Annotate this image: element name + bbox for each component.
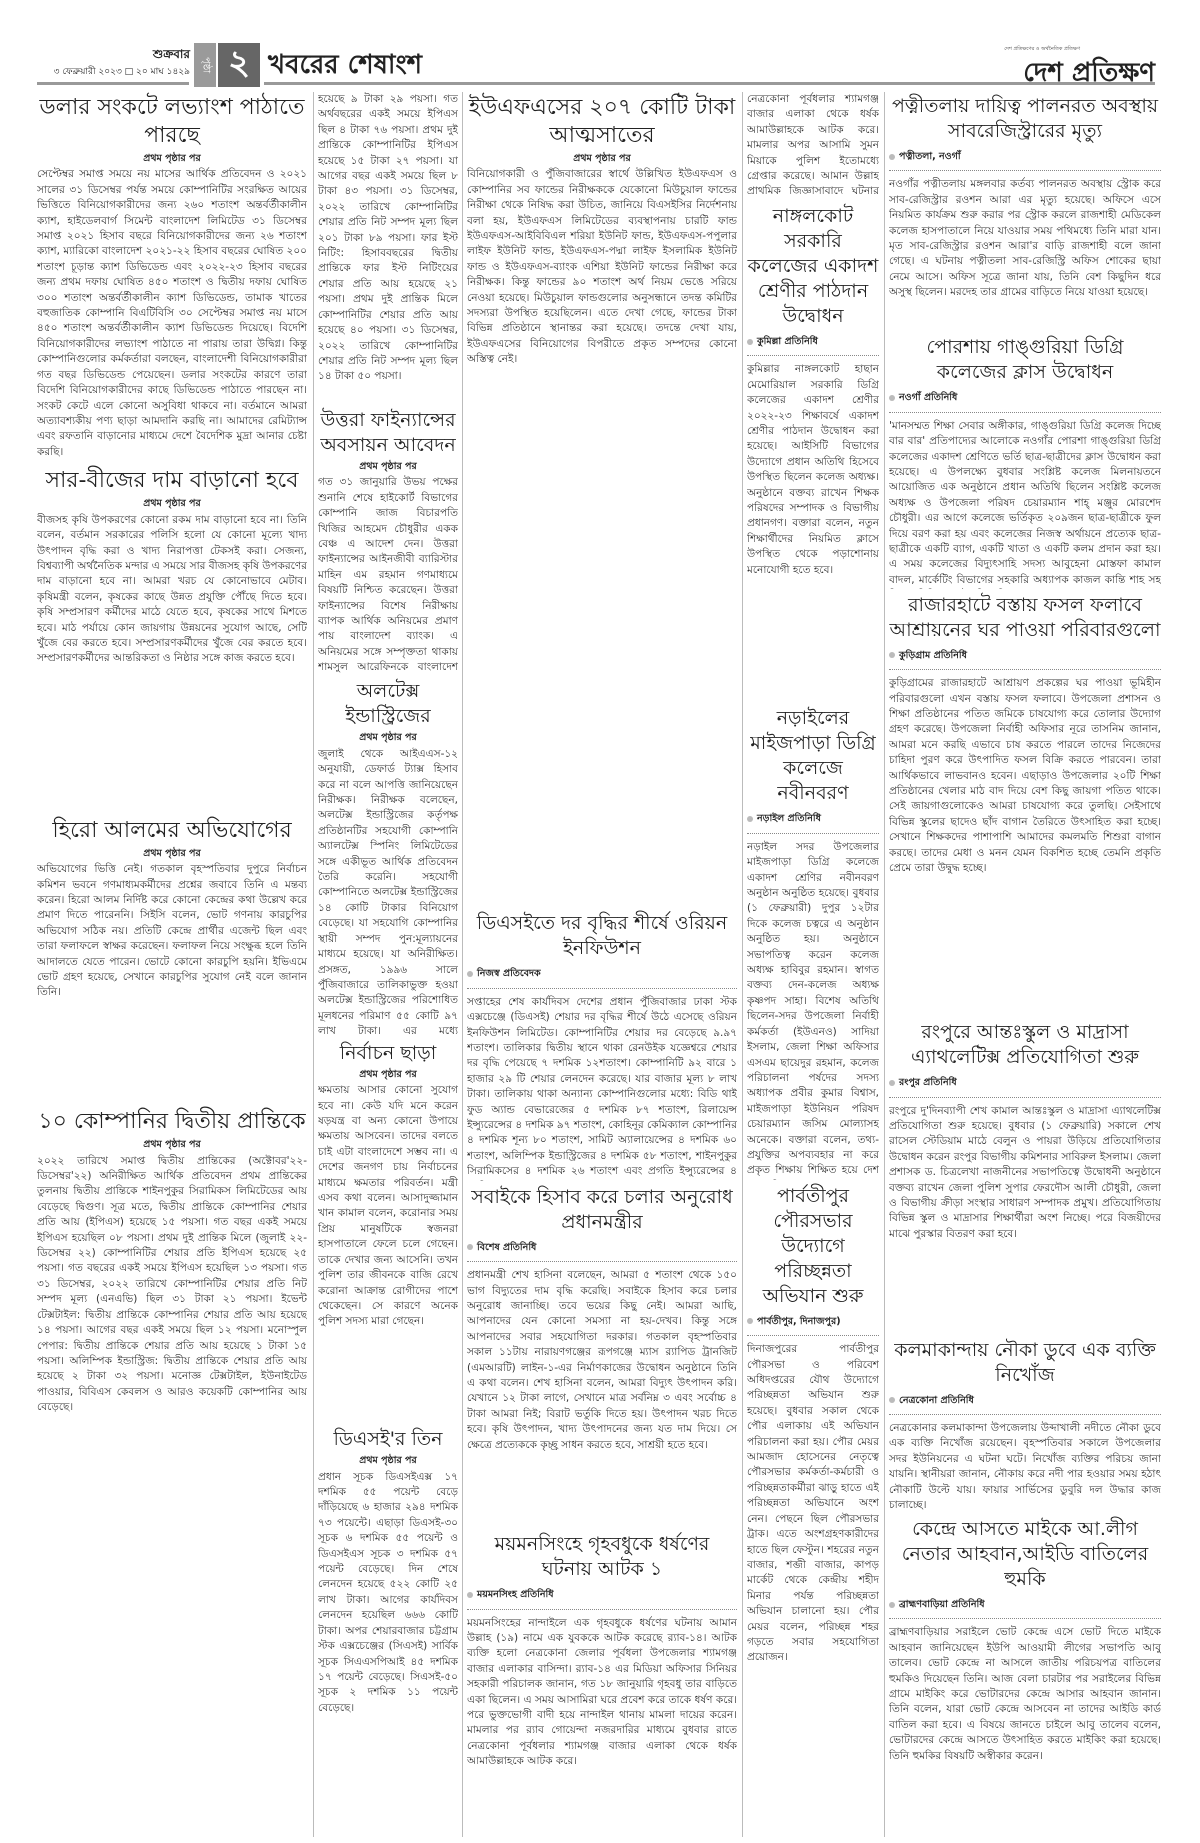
masthead-rule-right — [264, 82, 1155, 85]
byline-text: ব্রাহ্মণবাড়িয়া প্রতিনিধি — [899, 1599, 985, 1610]
article-kalmakanda-boat: কলমাকান্দায় নৌকা ডুবে এক ব্যক্তি নিখোঁজ… — [889, 1338, 1161, 1513]
byline-text: নওগাঁ প্রতিনিধি — [899, 392, 957, 403]
continued-label: প্রথম পৃষ্ঠার পর — [37, 151, 307, 166]
headline: কেন্দ্রে আসতে মাইকে আ.লীগ নেতার আহবান,আই… — [889, 1517, 1161, 1592]
bullet-icon — [889, 395, 895, 401]
continued-label: প্রথম পৃষ্ঠার পর — [318, 1453, 458, 1468]
headline: হিরো আলমের অভিযোগের — [37, 817, 307, 845]
column-divider — [884, 92, 885, 1837]
article-body: রংপুরে দু'দিনব্যাপী শেখ কামাল আন্তঃস্কুল… — [889, 1104, 1161, 1334]
article-mymensingh-arrest: ময়মনসিংহে গৃহবধুকে ধর্ষণের ঘটনায় আটক ১… — [467, 1532, 737, 1769]
page-label: পৃষ্ঠা — [194, 43, 216, 87]
article-nangalkot-college: নাঙ্গলকোট সরকারি কলেজের একাদশ শ্রেণীর পা… — [747, 204, 879, 702]
bullet-icon — [889, 652, 895, 658]
column-divider — [742, 92, 743, 1837]
byline: রংপুর প্রতিনিধি — [889, 1071, 1161, 1097]
byline: পার্বতীপুর, দিনাজপুর) — [747, 1310, 879, 1336]
article-altex-industries: অলটেক্স ইন্ডাস্ট্রিজের প্রথম পৃষ্ঠার পর … — [318, 679, 458, 1036]
bullet-icon — [747, 1318, 753, 1324]
byline-text: নড়াইল প্রতিনিধি — [757, 813, 821, 824]
article-awami-leader-threat: কেন্দ্রে আসতে মাইকে আ.লীগ নেতার আহবান,আই… — [889, 1517, 1161, 1764]
article-continuation: নেত্রকোনা পূর্বধলার শ্যামগঞ্জ বাজার এলাক… — [747, 92, 879, 200]
byline: নড়াইল প্রতিনিধি — [747, 807, 879, 833]
article-body: কুড়িগ্রামের রাজারহাটে আশ্রায়ণ প্রকল্পে… — [889, 676, 1161, 1016]
byline-text: বিশেষ প্রতিনিধি — [477, 1242, 536, 1253]
bullet-icon — [467, 1592, 473, 1598]
article-body: জুলাই থেকে আইএএস-১২ অনুযায়ী, ডেফার্ড ট্… — [318, 747, 458, 1037]
article-rajarhat-farming: রাজারহাটে বস্তায় ফসল ফলাবে আশ্রায়নের ঘ… — [889, 593, 1161, 1016]
article-body: গত ৩১ জানুয়ারি উভয় পক্ষের শুনানি শেষে … — [318, 475, 458, 675]
byline: কুমিল্লা প্রতিনিধি — [747, 330, 879, 356]
article-maizpara-college: নড়াইলের মাইজপাড়া ডিগ্রি কলেজে নবীনবরণ … — [747, 706, 879, 1179]
byline-text: কুমিল্লা প্রতিনিধি — [757, 336, 818, 347]
article-ufs-embezzle: ইউএফএসের ২০৭ কোটি টাকা আত্মসাতের প্রথম প… — [467, 94, 737, 907]
article-body: ২০২২ তারিখে সমাপ্ত দ্বিতীয় প্রান্তিকের … — [37, 1154, 307, 1416]
article-body: বিনিয়োগকারী ও পুঁজিবাজারের স্বার্থে উল্… — [467, 167, 737, 907]
byline-text: নেত্রকোনা প্রতিনিধি — [899, 1395, 974, 1406]
headline: ময়মনসিংহে গৃহবধুকে ধর্ষণের ঘটনায় আটক ১ — [467, 1532, 737, 1582]
column-3: ইউএফএসের ২০৭ কোটি টাকা আত্মসাতের প্রথম প… — [467, 90, 737, 1835]
continued-label: প্রথম পৃষ্ঠার পর — [37, 496, 307, 511]
article-dollar-crisis: ডলার সংকটে লভ্যাংশ পাঠাতে পারছে প্রথম পৃ… — [37, 94, 307, 463]
article-body: দিনাজপুরের পার্বতীপুর পৌরসভা ও পরিবেশ অধ… — [747, 1342, 879, 1666]
article-body: নেত্রকোনার কলমাকান্দা উপজেলায় উব্দাখালী… — [889, 1421, 1161, 1513]
headline: ১০ কোম্পানির দ্বিতীয় প্রান্তিকে — [37, 1108, 307, 1136]
headline: সবাইকে হিসাব করে চলার অনুরোধ প্রধানমন্ত্… — [467, 1185, 737, 1235]
byline-text: কুড়িগ্রাম প্রতিনিধি — [899, 650, 967, 661]
article-body: সেপ্টেম্বর সমাপ্ত সময়ে নয় মাসের আর্থিক… — [37, 167, 307, 463]
article-dse-three: ডিএসই'র তিন প্রথম পৃষ্ঠার পর প্রধান সূচক… — [318, 1427, 458, 1716]
headline: পোরশায় গাঙ্গুরিয়া ডিগ্রি কলেজের ক্লাস … — [889, 335, 1161, 385]
continued-label: প্রথম পৃষ্ঠার পর — [318, 730, 458, 745]
article-fertilizer-seed: সার-বীজের দাম বাড়ানো হবে প্রথম পৃষ্ঠার … — [37, 467, 307, 812]
headline: নাঙ্গলকোট সরকারি কলেজের একাদশ শ্রেণীর পা… — [747, 204, 879, 329]
headline: কলমাকান্দায় নৌকা ডুবে এক ব্যক্তি নিখোঁজ — [889, 1338, 1161, 1388]
article-pm-request: সবাইকে হিসাব করে চলার অনুরোধ প্রধানমন্ত্… — [467, 1185, 737, 1528]
byline: পত্নীতলা, নওগাঁ — [889, 145, 1161, 171]
byline: ব্রাহ্মণবাড়িয়া প্রতিনিধি — [889, 1593, 1161, 1619]
article-uttara-finance: উত্তরা ফাইন্যান্সের অবসায়ন আবেদন প্রথম … — [318, 408, 458, 675]
article-patnitala-death: পত্নীতলায় দায়িত্ব পালনরত অবস্থায় সাবর… — [889, 94, 1161, 331]
byline-text: পার্বতীপুর, দিনাজপুর) — [757, 1316, 841, 1327]
continued-label: প্রথম পৃষ্ঠার পর — [318, 1067, 458, 1082]
byline: বিশেষ প্রতিনিধি — [467, 1236, 737, 1262]
headline: সার-বীজের দাম বাড়ানো হবে — [37, 467, 307, 495]
column-divider — [313, 92, 314, 1837]
byline: নেত্রকোনা প্রতিনিধি — [889, 1389, 1161, 1415]
article-parbatipur-cleanliness: পার্বতীপুর পৌরসভার উদ্যোগে পরিচ্ছন্নতা অ… — [747, 1184, 879, 1666]
article-body: অভিযোগের ভিত্তি নেই। গতকাল বৃহস্পতিবার দ… — [37, 862, 307, 1104]
byline: কুড়িগ্রাম প্রতিনিধি — [889, 644, 1161, 670]
column-1: ডলার সংকটে লভ্যাংশ পাঠাতে পারছে প্রথম পৃ… — [37, 90, 307, 1835]
headline: উত্তরা ফাইন্যান্সের অবসায়ন আবেদন — [318, 408, 458, 458]
bullet-icon — [467, 1244, 473, 1250]
headline: অলটেক্স ইন্ডাস্ট্রিজের — [318, 679, 458, 729]
article-body: প্রধান সূচক ডিএসইএক্স ১৭ দশমিক ৫৫ পয়েন্… — [318, 1470, 458, 1717]
article-ten-companies: ১০ কোম্পানির দ্বিতীয় প্রান্তিকে প্রথম প… — [37, 1108, 307, 1415]
continued-label: প্রথম পৃষ্ঠার পর — [318, 459, 458, 474]
article-body: সপ্তাহের শেষ কার্যদিবস দেশের প্রধান পুঁজ… — [467, 995, 737, 1181]
bullet-icon — [889, 1602, 895, 1608]
headline: ইউএফএসের ২০৭ কোটি টাকা আত্মসাতের — [467, 94, 737, 150]
byline: নিজস্ব প্রতিবেদক — [467, 962, 737, 988]
bullet-icon — [889, 1080, 895, 1086]
byline-text: পত্নীতলা, নওগাঁ — [899, 151, 961, 162]
headline: রংপুরে আন্তঃস্কুল ও মাদ্রাসা এ্যাথলেটিক্… — [889, 1020, 1161, 1070]
headline: ডলার সংকটে লভ্যাংশ পাঠাতে পারছে — [37, 94, 307, 150]
bullet-icon — [747, 339, 753, 345]
column-divider — [462, 92, 463, 1837]
headline: ডিএসইতে দর বৃদ্ধির শীর্ষে ওরিয়ন ইনফিউশন — [467, 911, 737, 961]
article-body: ময়মনসিংহের নান্দাইলে এক গৃহবধুকে ধর্ষণে… — [467, 1616, 737, 1770]
headline: রাজারহাটে বস্তায় ফসল ফলাবে আশ্রায়নের ঘ… — [889, 593, 1161, 643]
column-2: হয়েছে ৯ টাকা ২৯ পয়সা। গত অর্থবছরের একই… — [318, 92, 458, 1837]
masthead: শুক্রবার ৩ ফেব্রুয়ারী ২০২৩ □ ২০ মাঘ ১৪২… — [0, 0, 1200, 90]
byline: ময়মনসিংহ প্রতিনিধি — [467, 1583, 737, 1609]
page-number: ২ — [218, 43, 260, 87]
article-rangpur-athletics: রংপুরে আন্তঃস্কুল ও মাদ্রাসা এ্যাথলেটিক্… — [889, 1020, 1161, 1333]
article-body: কুমিল্লার নাঙ্গলকোট হাছান মেমোরিয়াল সরক… — [747, 362, 879, 702]
issue-day: শুক্রবার — [153, 46, 190, 66]
headline: নির্বাচন ছাড়া — [318, 1041, 458, 1066]
headline: পার্বতীপুর পৌরসভার উদ্যোগে পরিচ্ছন্নতা অ… — [747, 1184, 879, 1309]
column-4: নেত্রকোনা পূর্বধলার শ্যামগঞ্জ বাজার এলাক… — [747, 92, 879, 1837]
article-body: 'মানসম্মত শিক্ষা সেবার অঙ্গীকার, গাঙ্গুর… — [889, 419, 1161, 589]
continued-label: প্রথম পৃষ্ঠার পর — [467, 151, 737, 166]
continued-label: প্রথম পৃষ্ঠার পর — [37, 1137, 307, 1152]
byline-text: রংপুর প্রতিনিধি — [899, 1077, 957, 1088]
article-body: ব্রাহ্মণবাড়িয়ার সরাইলে ভোট কেন্দ্রে এস… — [889, 1625, 1161, 1764]
continued-label: প্রথম পৃষ্ঠার পর — [37, 846, 307, 861]
issue-date: ৩ ফেব্রুয়ারী ২০২৩ □ ২০ মাঘ ১৪২৯ — [54, 64, 190, 79]
article-body: নওগাঁর পত্নীতলায় মঙ্গলবার কর্তব্য পালনর… — [889, 177, 1161, 331]
bullet-icon — [747, 816, 753, 822]
headline: নড়াইলের মাইজপাড়া ডিগ্রি কলেজে নবীনবরণ — [747, 706, 879, 806]
article-body: প্রধানমন্ত্রী শেখ হাসিনা বলেছেন, আমরা ৫ … — [467, 1268, 737, 1528]
bullet-icon — [889, 154, 895, 160]
masthead-rule-left — [37, 82, 189, 85]
article-hero-alam: হিরো আলমের অভিযোগের প্রথম পৃষ্ঠার পর অভি… — [37, 817, 307, 1104]
article-porsha-college: পোরশায় গাঙ্গুরিয়া ডিগ্রি কলেজের ক্লাস … — [889, 335, 1161, 588]
byline: নওগাঁ প্রতিনিধি — [889, 386, 1161, 412]
bullet-icon — [467, 971, 473, 977]
article-body: নড়াইল সদর উপজেলার মাইজপাড়া ডিগ্রি কলেজ… — [747, 840, 879, 1180]
article-body: ক্ষমতায় আসার কোনো সুযোগ হবে না। কেউ যদি… — [318, 1083, 458, 1423]
article-dse-top: ডিএসইতে দর বৃদ্ধির শীর্ষে ওরিয়ন ইনফিউশন… — [467, 911, 737, 1180]
headline: ডিএসই'র তিন — [318, 1427, 458, 1452]
article-body: বীজসহ কৃষি উপকরণের কোনো রকম দাম বাড়ানো … — [37, 513, 307, 813]
headline: পত্নীতলায় দায়িত্ব পালনরত অবস্থায় সাবর… — [889, 94, 1161, 144]
column-5: পত্নীতলায় দায়িত্ব পালনরত অবস্থায় সাবর… — [889, 90, 1161, 1835]
article-continuation: হয়েছে ৯ টাকা ২৯ পয়সা। গত অর্থবছরের একই… — [318, 92, 458, 404]
bullet-icon — [889, 1397, 895, 1403]
byline-text: ময়মনসিংহ প্রতিনিধি — [477, 1589, 554, 1600]
article-election: নির্বাচন ছাড়া প্রথম পৃষ্ঠার পর ক্ষমতায়… — [318, 1041, 458, 1423]
byline-text: নিজস্ব প্রতিবেদক — [477, 968, 541, 979]
